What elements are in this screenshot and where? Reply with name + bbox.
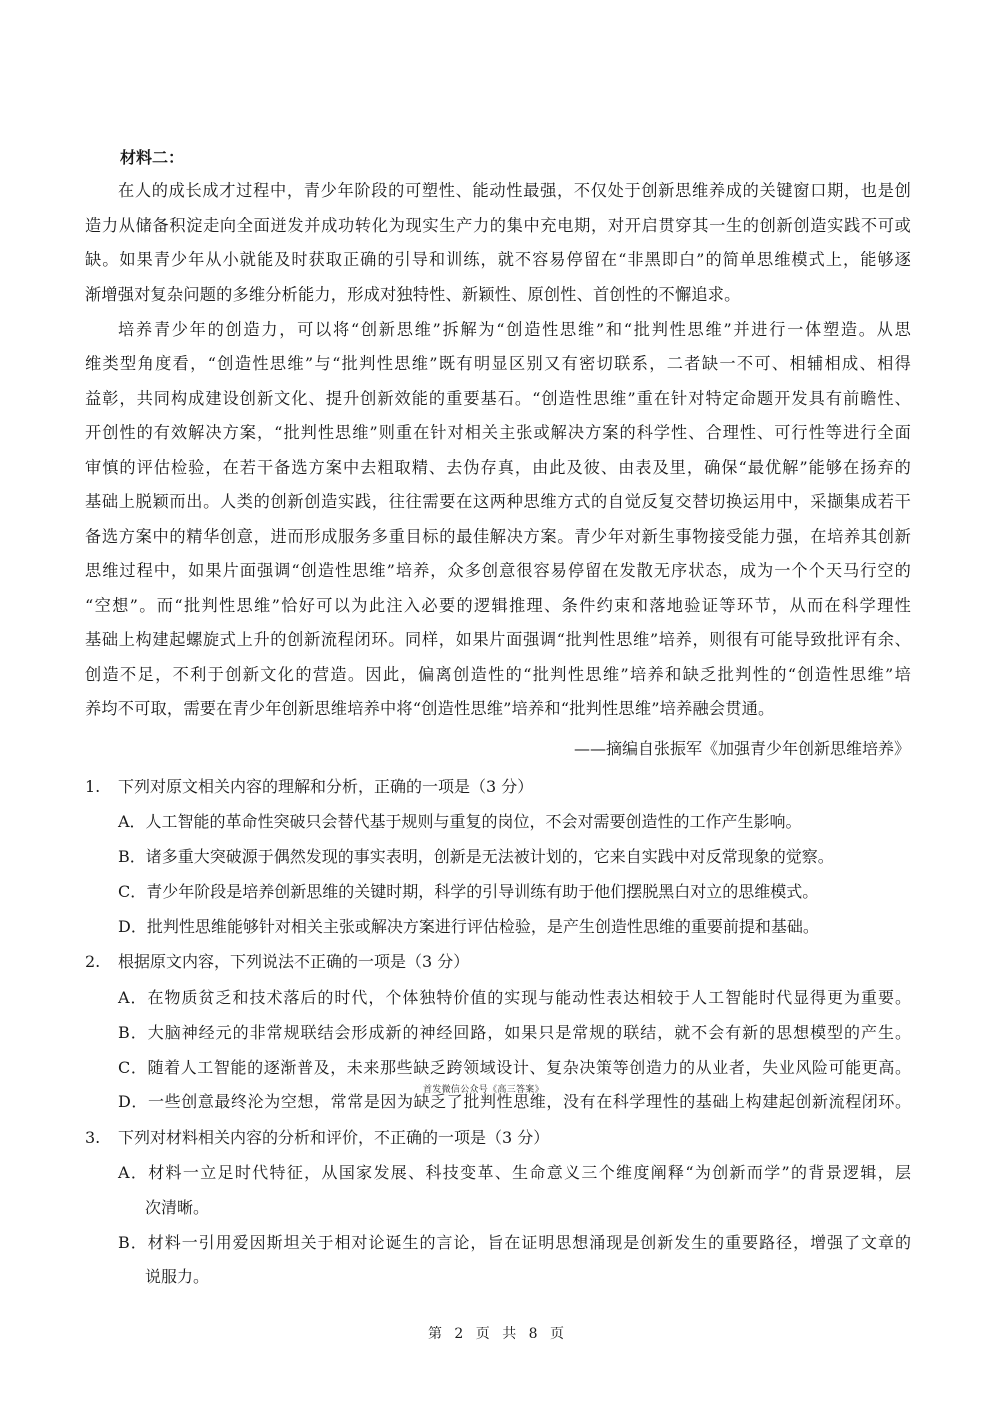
paragraph-2-line-6: 基础上脱颖而出。人类的创新创造实践，往往需要在这两种思维方式的自觉反复交替切换运… <box>85 491 911 513</box>
page-footer: 第 2 页 共 8 页 <box>0 1325 992 1343</box>
paragraph-2-line-7: 备选方案中的精华创意，进而形成服务多重目标的最佳解决方案。青少年对新生事物接受能… <box>85 526 911 548</box>
question-2-number: 2. <box>85 951 100 973</box>
question-3-option-a-continued: 次清晰。 <box>145 1197 209 1219</box>
paragraph-1-line-4: 渐增强对复杂问题的多维分析能力，形成对独特性、新颖性、原创性、首创性的不懈追求。 <box>85 284 911 306</box>
paragraph-2-line-5: 审慎的评估检验，在若干备选方案中去粗取精、去伪存真，由此及彼、由表及里，确保“最… <box>85 457 911 479</box>
material-heading: 材料二： <box>120 147 184 169</box>
question-3-option-b-continued: 说服力。 <box>145 1266 209 1288</box>
question-2-stem: 根据原文内容，下列说法不正确的一项是（3 分） <box>118 951 469 973</box>
paragraph-2-line-9: “空想”。而“批判性思维”恰好可以为此注入必要的逻辑推理、条件约束和落地验证等环… <box>85 595 911 617</box>
paragraph-2-line-3: 益彰，共同构成建设创新文化、提升创新效能的重要基石。“创造性思维”重在针对特定命… <box>85 388 911 410</box>
question-1-number: 1. <box>85 776 100 798</box>
exam-page: 材料二： 在人的成长成才过程中，青少年阶段的可塑性、能动性最强，不仅处于创新思维… <box>0 0 992 1402</box>
question-3-number: 3. <box>85 1127 100 1149</box>
paragraph-2-line-10: 基础上构建起螺旋式上升的创新流程闭环。同样，如果片面强调“批判性思维”培养，则很… <box>85 629 911 651</box>
question-3-option-a: A．材料一立足时代特征，从国家发展、科技变革、生命意义三个维度阐释“为创新而学”… <box>118 1162 911 1184</box>
question-3-option-b: B．材料一引用爱因斯坦关于相对论诞生的言论，旨在证明思想涌现是创新发生的重要路径… <box>118 1232 911 1254</box>
paragraph-2-line-12: 养均不可取，需要在青少年创新思维培养中将“创造性思维”培养和“批判性思维”培养融… <box>85 698 911 720</box>
question-2-option-b: B．大脑神经元的非常规联结会形成新的神经回路，如果只是常规的联结，就不会有新的思… <box>118 1022 911 1044</box>
question-1-stem: 下列对原文相关内容的理解和分析，正确的一项是（3 分） <box>118 776 533 798</box>
paragraph-2-line-8: 思维过程中，如果片面强调“创造性思维”培养，众多创意很容易停留在发散无序状态，成… <box>85 560 911 582</box>
paragraph-2-line-11: 创造不足，不利于创新文化的营造。因此，偏离创造性的“批判性思维”培养和缺乏批判性… <box>85 664 911 686</box>
question-1-option-a: A．人工智能的革命性突破只会替代基于规则与重复的岗位，不会对需要创造性的工作产生… <box>118 811 911 833</box>
question-1-option-b: B．诸多重大突破源于偶然发现的事实表明，创新是无法被计划的，它来自实践中对反常现… <box>118 846 911 868</box>
question-2-option-c: C．随着人工智能的逐渐普及，未来那些缺乏跨领域设计、复杂决策等创造力的从业者，失… <box>118 1057 911 1079</box>
paragraph-1-line-2: 造力从储备积淀走向全面迸发并成功转化为现实生产力的集中充电期，对开启贯穿其一生的… <box>85 215 911 237</box>
watermark: 首发微信公众号《高三答案》 <box>423 1085 544 1095</box>
question-2-option-a: A．在物质贫乏和技术落后的时代，个体独特价值的实现与能动性表达相较于人工智能时代… <box>118 987 911 1009</box>
paragraph-2-line-1: 培养青少年的创造力，可以将“创新思维”拆解为“创造性思维”和“批判性思维”并进行… <box>118 319 911 341</box>
question-3-stem: 下列对材料相关内容的分析和评价，不正确的一项是（3 分） <box>118 1127 549 1149</box>
question-1-option-c: C．青少年阶段是培养创新思维的关键时期，科学的引导训练有助于他们摆脱黑白对立的思… <box>118 881 911 903</box>
paragraph-1-line-3: 缺。如果青少年从小就能及时获取正确的引导和训练，就不容易停留在“非黑即白”的简单… <box>85 249 911 271</box>
question-1-option-d: D．批判性思维能够针对相关主张或解决方案进行评估检验，是产生创造性思维的重要前提… <box>118 916 911 938</box>
paragraph-1-line-1: 在人的成长成才过程中，青少年阶段的可塑性、能动性最强，不仅处于创新思维养成的关键… <box>118 180 911 202</box>
paragraph-2-line-2: 维类型角度看，“创造性思维”与“批判性思维”既有明显区别又有密切联系，二者缺一不… <box>85 353 911 375</box>
paragraph-2-line-4: 开创性的有效解决方案，“批判性思维”则重在针对相关主张或解决方案的科学性、合理性… <box>85 422 911 444</box>
material-source: ——摘编自张振军《加强青少年创新思维培养》 <box>574 738 910 760</box>
